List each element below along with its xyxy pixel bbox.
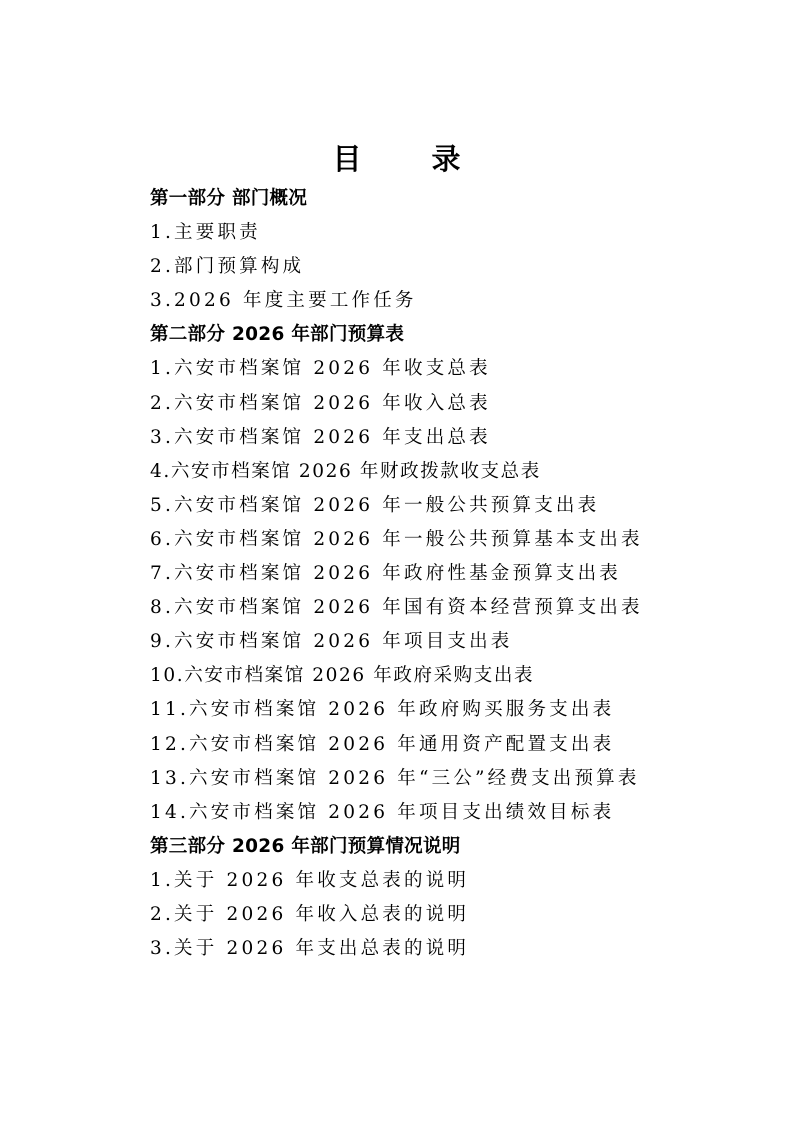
toc-section-part2[interactable]: 第二部分 2026 年部门预算表 <box>150 318 670 352</box>
toc-item[interactable]: 7.六安市档案馆 2026 年政府性基金预算支出表 <box>150 557 670 591</box>
toc-item[interactable]: 2.六安市档案馆 2026 年收入总表 <box>150 387 670 421</box>
toc-section-part3[interactable]: 第三部分 2026 年部门预算情况说明 <box>150 830 670 864</box>
toc-item[interactable]: 3.2026 年度主要工作任务 <box>150 284 670 318</box>
toc-item[interactable]: 4.六安市档案馆 2026 年财政拨款收支总表 <box>150 455 670 489</box>
toc-item[interactable]: 8.六安市档案馆 2026 年国有资本经营预算支出表 <box>150 591 670 625</box>
toc-item[interactable]: 1.主要职责 <box>150 216 670 250</box>
toc-item[interactable]: 1.关于 2026 年收支总表的说明 <box>150 864 670 898</box>
toc-item[interactable]: 6.六安市档案馆 2026 年一般公共预算基本支出表 <box>150 523 670 557</box>
toc-item[interactable]: 3.关于 2026 年支出总表的说明 <box>150 932 670 966</box>
toc-item[interactable]: 11.六安市档案馆 2026 年政府购买服务支出表 <box>150 693 670 727</box>
toc-item[interactable]: 2.部门预算构成 <box>150 250 670 284</box>
toc-item[interactable]: 9.六安市档案馆 2026 年项目支出表 <box>150 625 670 659</box>
toc-item[interactable]: 10.六安市档案馆 2026 年政府采购支出表 <box>150 659 670 693</box>
document-page: 目 录 第一部分 部门概况 1.主要职责 2.部门预算构成 3.2026 年度主… <box>0 0 793 1122</box>
table-of-contents: 第一部分 部门概况 1.主要职责 2.部门预算构成 3.2026 年度主要工作任… <box>150 182 670 966</box>
toc-item[interactable]: 14.六安市档案馆 2026 年项目支出绩效目标表 <box>150 796 670 830</box>
toc-item[interactable]: 1.六安市档案馆 2026 年收支总表 <box>150 352 670 386</box>
toc-section-part1[interactable]: 第一部分 部门概况 <box>150 182 670 216</box>
toc-item[interactable]: 12.六安市档案馆 2026 年通用资产配置支出表 <box>150 728 670 762</box>
toc-item[interactable]: 2.关于 2026 年收入总表的说明 <box>150 898 670 932</box>
toc-item[interactable]: 13.六安市档案馆 2026 年“三公”经费支出预算表 <box>150 762 670 796</box>
toc-item[interactable]: 3.六安市档案馆 2026 年支出总表 <box>150 421 670 455</box>
toc-title: 目 录 <box>0 142 793 176</box>
toc-item[interactable]: 5.六安市档案馆 2026 年一般公共预算支出表 <box>150 489 670 523</box>
